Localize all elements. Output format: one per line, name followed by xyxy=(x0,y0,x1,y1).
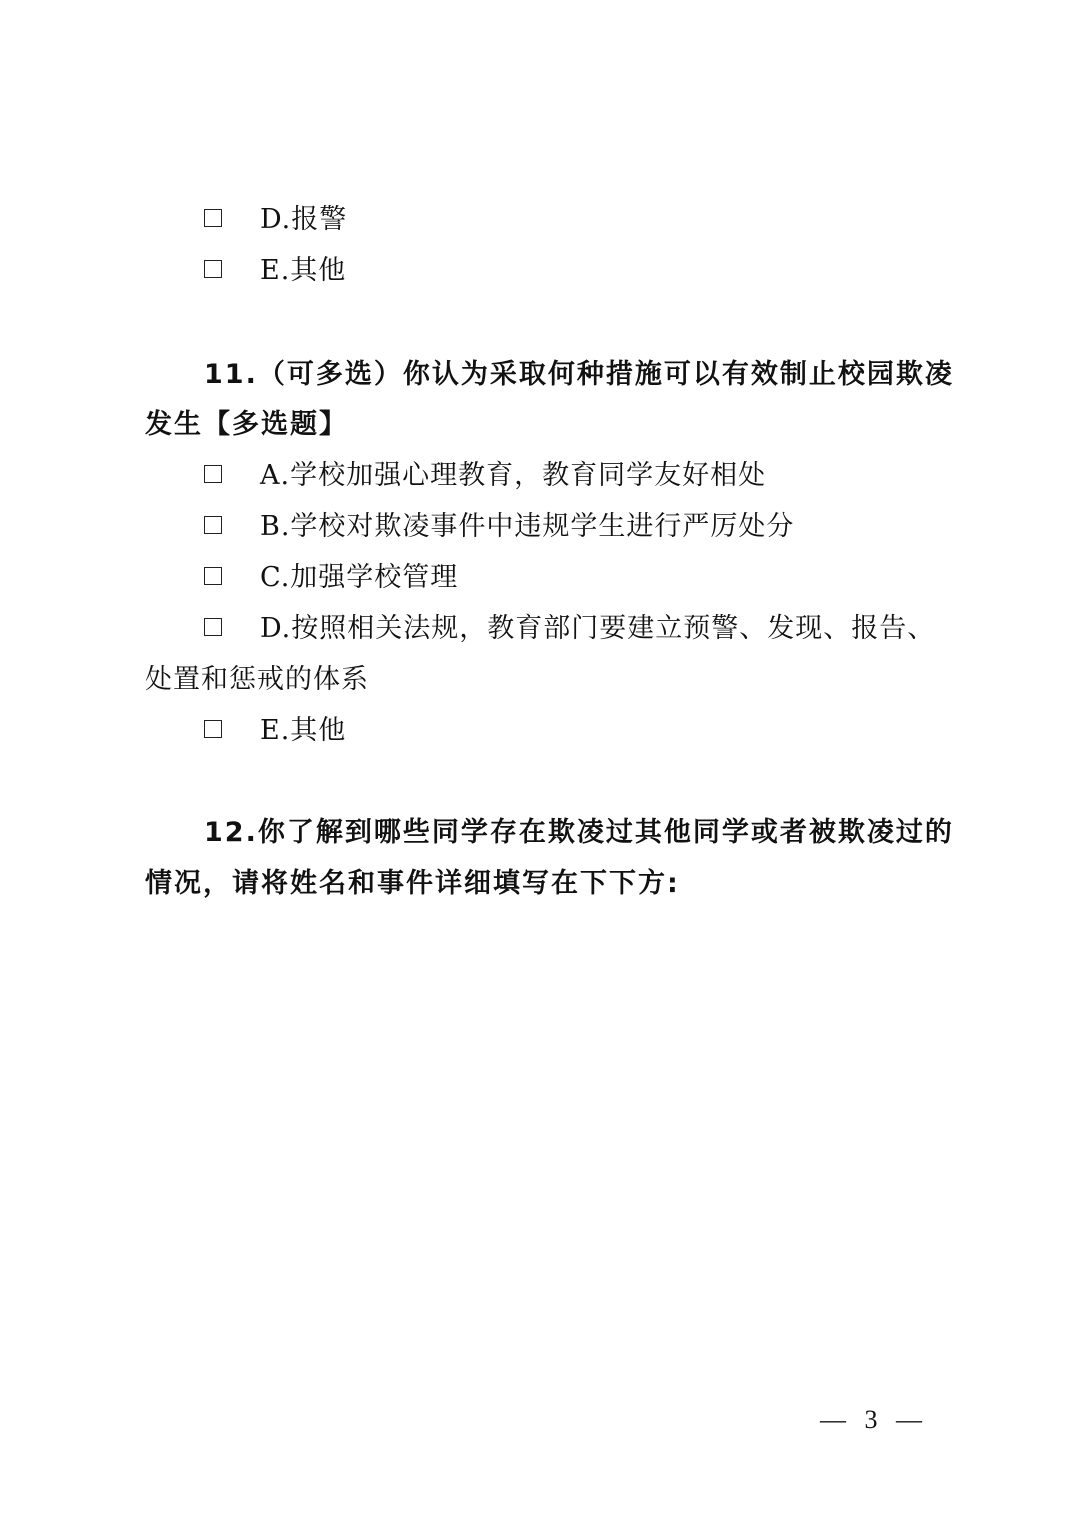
q11-option-e[interactable]: E.其他 xyxy=(204,713,346,749)
q10-option-d[interactable]: D.报警 xyxy=(204,202,347,238)
checkbox-icon[interactable] xyxy=(204,567,222,585)
option-label: D.报警 xyxy=(260,204,347,235)
q11-option-d[interactable]: D.按照相关法规，教育部门要建立预警、发现、报告、 xyxy=(204,611,935,647)
checkbox-icon[interactable] xyxy=(204,720,222,738)
q12-title-line2: 情况，请将姓名和事件详细填写在下下方: xyxy=(145,866,680,902)
q11-title-line2: 发生【多选题】 xyxy=(145,407,348,443)
checkbox-icon[interactable] xyxy=(204,465,222,483)
checkbox-icon[interactable] xyxy=(204,516,222,534)
q11-option-b[interactable]: B.学校对欺凌事件中违规学生进行严厉处分 xyxy=(204,509,794,545)
checkbox-icon[interactable] xyxy=(204,209,222,227)
page-number: — 3 — xyxy=(820,1405,928,1435)
q11-title-line1: 11.（可多选）你认为采取何种措施可以有效制止校园欺凌 xyxy=(204,357,954,393)
q11-option-d-continuation: 处置和惩戒的体系 xyxy=(145,662,369,698)
checkbox-icon[interactable] xyxy=(204,618,222,636)
checkbox-icon[interactable] xyxy=(204,260,222,278)
option-label: A.学校加强心理教育，教育同学友好相处 xyxy=(260,460,766,491)
option-label: D.按照相关法规，教育部门要建立预警、发现、报告、 xyxy=(260,613,935,644)
option-label: E.其他 xyxy=(260,255,346,286)
q12-title-line1: 12.你了解到哪些同学存在欺凌过其他同学或者被欺凌过的 xyxy=(204,815,954,851)
option-label: E.其他 xyxy=(260,715,346,746)
q11-option-c[interactable]: C.加强学校管理 xyxy=(204,560,458,596)
q12-answer-area[interactable] xyxy=(145,920,945,1360)
q10-option-e[interactable]: E.其他 xyxy=(204,253,346,289)
option-label: B.学校对欺凌事件中违规学生进行严厉处分 xyxy=(260,511,794,542)
q11-option-a[interactable]: A.学校加强心理教育，教育同学友好相处 xyxy=(204,458,766,494)
option-label: C.加强学校管理 xyxy=(260,562,458,593)
